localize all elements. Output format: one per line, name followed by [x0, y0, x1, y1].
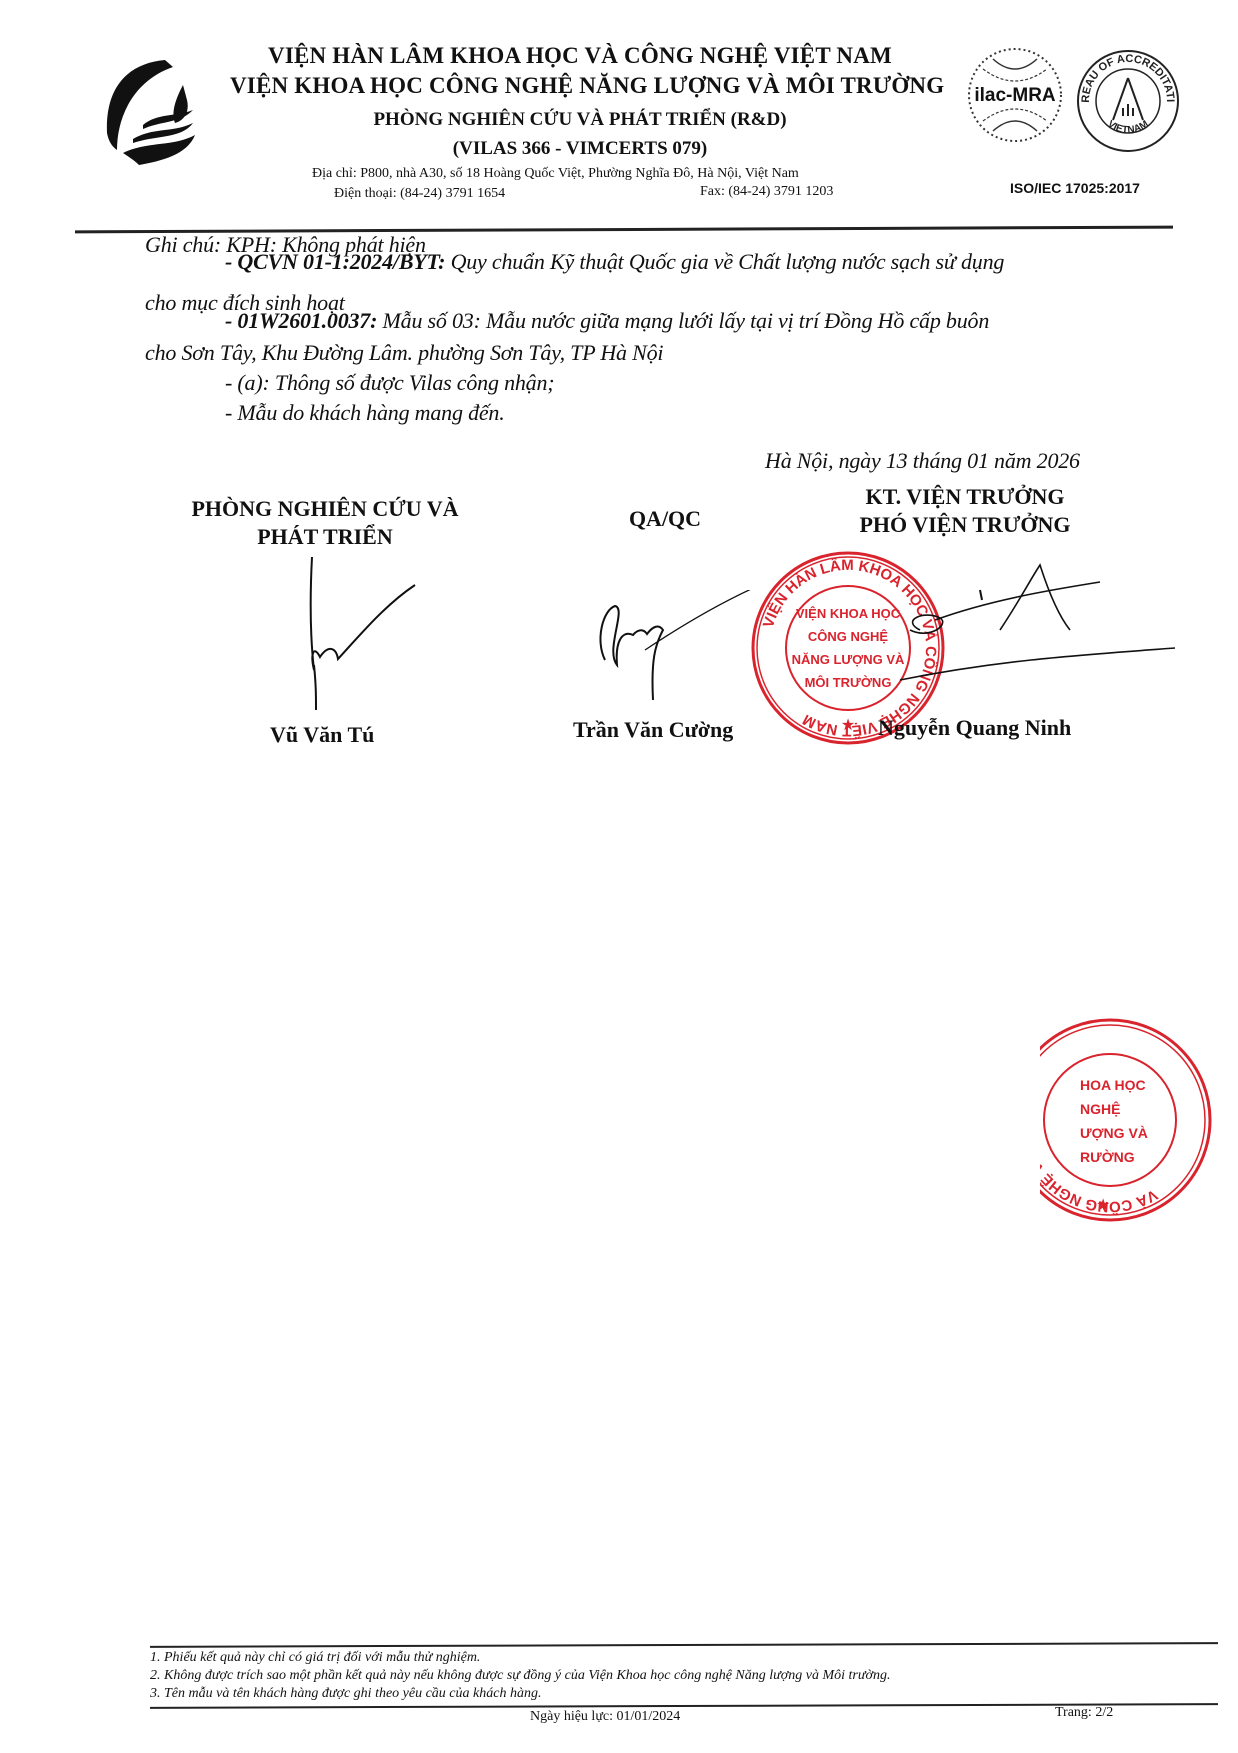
- effective-date: Ngày hiệu lực: 01/01/2024: [530, 1709, 680, 1725]
- org-phone: Điện thoại: (84-24) 3791 1654: [334, 186, 505, 202]
- seal-icon: VÀ CÔNG NGHỆ VIỆT NAM HOA HỌC NGHỆ ƯỢNG …: [1040, 1010, 1238, 1230]
- sample-description: Mẫu số 03: Mẫu nước giữa mạng lưới lấy t…: [377, 308, 989, 333]
- page-seal-stamp: VÀ CÔNG NGHỆ VIỆT NAM HOA HỌC NGHỆ ƯỢNG …: [1040, 1010, 1238, 1230]
- note-customer: - Mẫu do khách hàng mang đến.: [225, 400, 505, 426]
- footer-divider-top: [150, 1642, 1218, 1648]
- svg-text:★: ★: [1096, 1197, 1110, 1214]
- rd-title-line-1: PHÒNG NGHIÊN CỨU VÀ: [160, 495, 490, 523]
- svg-text:ƯỢNG VÀ: ƯỢNG VÀ: [1080, 1125, 1148, 1141]
- issue-date: Hà Nội, ngày 13 tháng 01 năm 2026: [765, 448, 1080, 474]
- iso-certification: ISO/IEC 17025:2017: [1010, 180, 1140, 196]
- svg-text:CÔNG NGHỆ: CÔNG NGHỆ: [808, 629, 889, 644]
- rd-signer-name: Vũ Văn Tú: [270, 722, 374, 748]
- note-sample-cont: cho Sơn Tây, Khu Đường Lâm. phường Sơn T…: [145, 340, 663, 366]
- qcvn-description: Quy chuẩn Kỹ thuật Quốc gia về Chất lượn…: [445, 249, 1004, 274]
- footer-note-2: 2. Không được trích sao một phần kết quả…: [150, 1668, 890, 1684]
- qaqc-signer-name: Trần Văn Cường: [573, 717, 733, 743]
- director-signer-name: Nguyễn Quang Ninh: [878, 715, 1071, 741]
- svg-text:BUREAU OF ACCREDITATION: BUREAU OF ACCREDITATION: [1075, 48, 1176, 103]
- footer-note-1: 1. Phiếu kết quả này chỉ có giá trị đối …: [150, 1650, 480, 1666]
- org-line-academy: VIỆN HÀN LÂM KHOA HỌC VÀ CÔNG NGHỆ VIỆT …: [230, 43, 930, 69]
- signature-director: [880, 560, 1180, 690]
- wave-logo-icon: [95, 55, 205, 175]
- rd-department-title: PHÒNG NGHIÊN CỨU VÀ PHÁT TRIỂN: [160, 495, 490, 551]
- institute-logo: [95, 55, 205, 175]
- svg-text:VIETNAM: VIETNAM: [1105, 119, 1150, 136]
- sample-code: - 01W2601.0037:: [225, 308, 377, 333]
- svg-text:ilac-MRA: ilac-MRA: [974, 85, 1056, 106]
- org-address: Địa chỉ: P800, nhà A30, số 18 Hoàng Quốc…: [312, 166, 799, 182]
- ilac-mra-icon: ilac-MRA: [965, 45, 1065, 145]
- page-number: Trang: 2/2: [1055, 1705, 1113, 1721]
- qaqc-title: QA/QC: [600, 505, 730, 533]
- footer-note-3: 3. Tên mẫu và tên khách hàng được ghi th…: [150, 1686, 541, 1702]
- qcvn-code: - QCVN 01-1:2024/BYT:: [225, 249, 445, 274]
- org-line-department: PHÒNG NGHIÊN CỨU VÀ PHÁT TRIỂN (R&D): [230, 109, 930, 131]
- signature-rd: [280, 555, 440, 715]
- org-fax: Fax: (84-24) 3791 1203: [700, 184, 833, 200]
- svg-text:NGHỆ: NGHỆ: [1080, 1100, 1120, 1117]
- boa-vietnam-icon: BUREAU OF ACCREDITATION VIETNAM: [1075, 48, 1181, 154]
- signature-qaqc: [585, 590, 765, 710]
- svg-text:RƯỜNG: RƯỜNG: [1080, 1148, 1135, 1165]
- note-sample: - 01W2601.0037: Mẫu số 03: Mẫu nước giữa…: [225, 308, 989, 334]
- svg-text:HOA HỌC: HOA HỌC: [1080, 1077, 1146, 1093]
- rd-title-line-2: PHÁT TRIỂN: [160, 523, 490, 551]
- director-title-line-1: KT. VIỆN TRƯỞNG: [830, 483, 1100, 511]
- svg-text:MÔI TRƯỜNG: MÔI TRƯỜNG: [805, 675, 892, 690]
- note-qcvn: - QCVN 01-1:2024/BYT: Quy chuẩn Kỹ thuật…: [225, 249, 1004, 275]
- ilac-mra-logo: ilac-MRA: [965, 45, 1065, 145]
- director-title-line-2: PHÓ VIỆN TRƯỞNG: [830, 511, 1100, 539]
- director-title: KT. VIỆN TRƯỞNG PHÓ VIỆN TRƯỞNG: [830, 483, 1100, 539]
- org-line-institute: VIỆN KHOA HỌC CÔNG NGHỆ NĂNG LƯỢNG VÀ MÔ…: [230, 73, 930, 99]
- note-vilas: - (a): Thông số được Vilas công nhận;: [225, 370, 554, 396]
- org-line-certifications: (VILAS 366 - VIMCERTS 079): [230, 138, 930, 160]
- svg-text:★: ★: [841, 717, 855, 734]
- bureau-accreditation-logo: BUREAU OF ACCREDITATION VIETNAM: [1075, 48, 1181, 154]
